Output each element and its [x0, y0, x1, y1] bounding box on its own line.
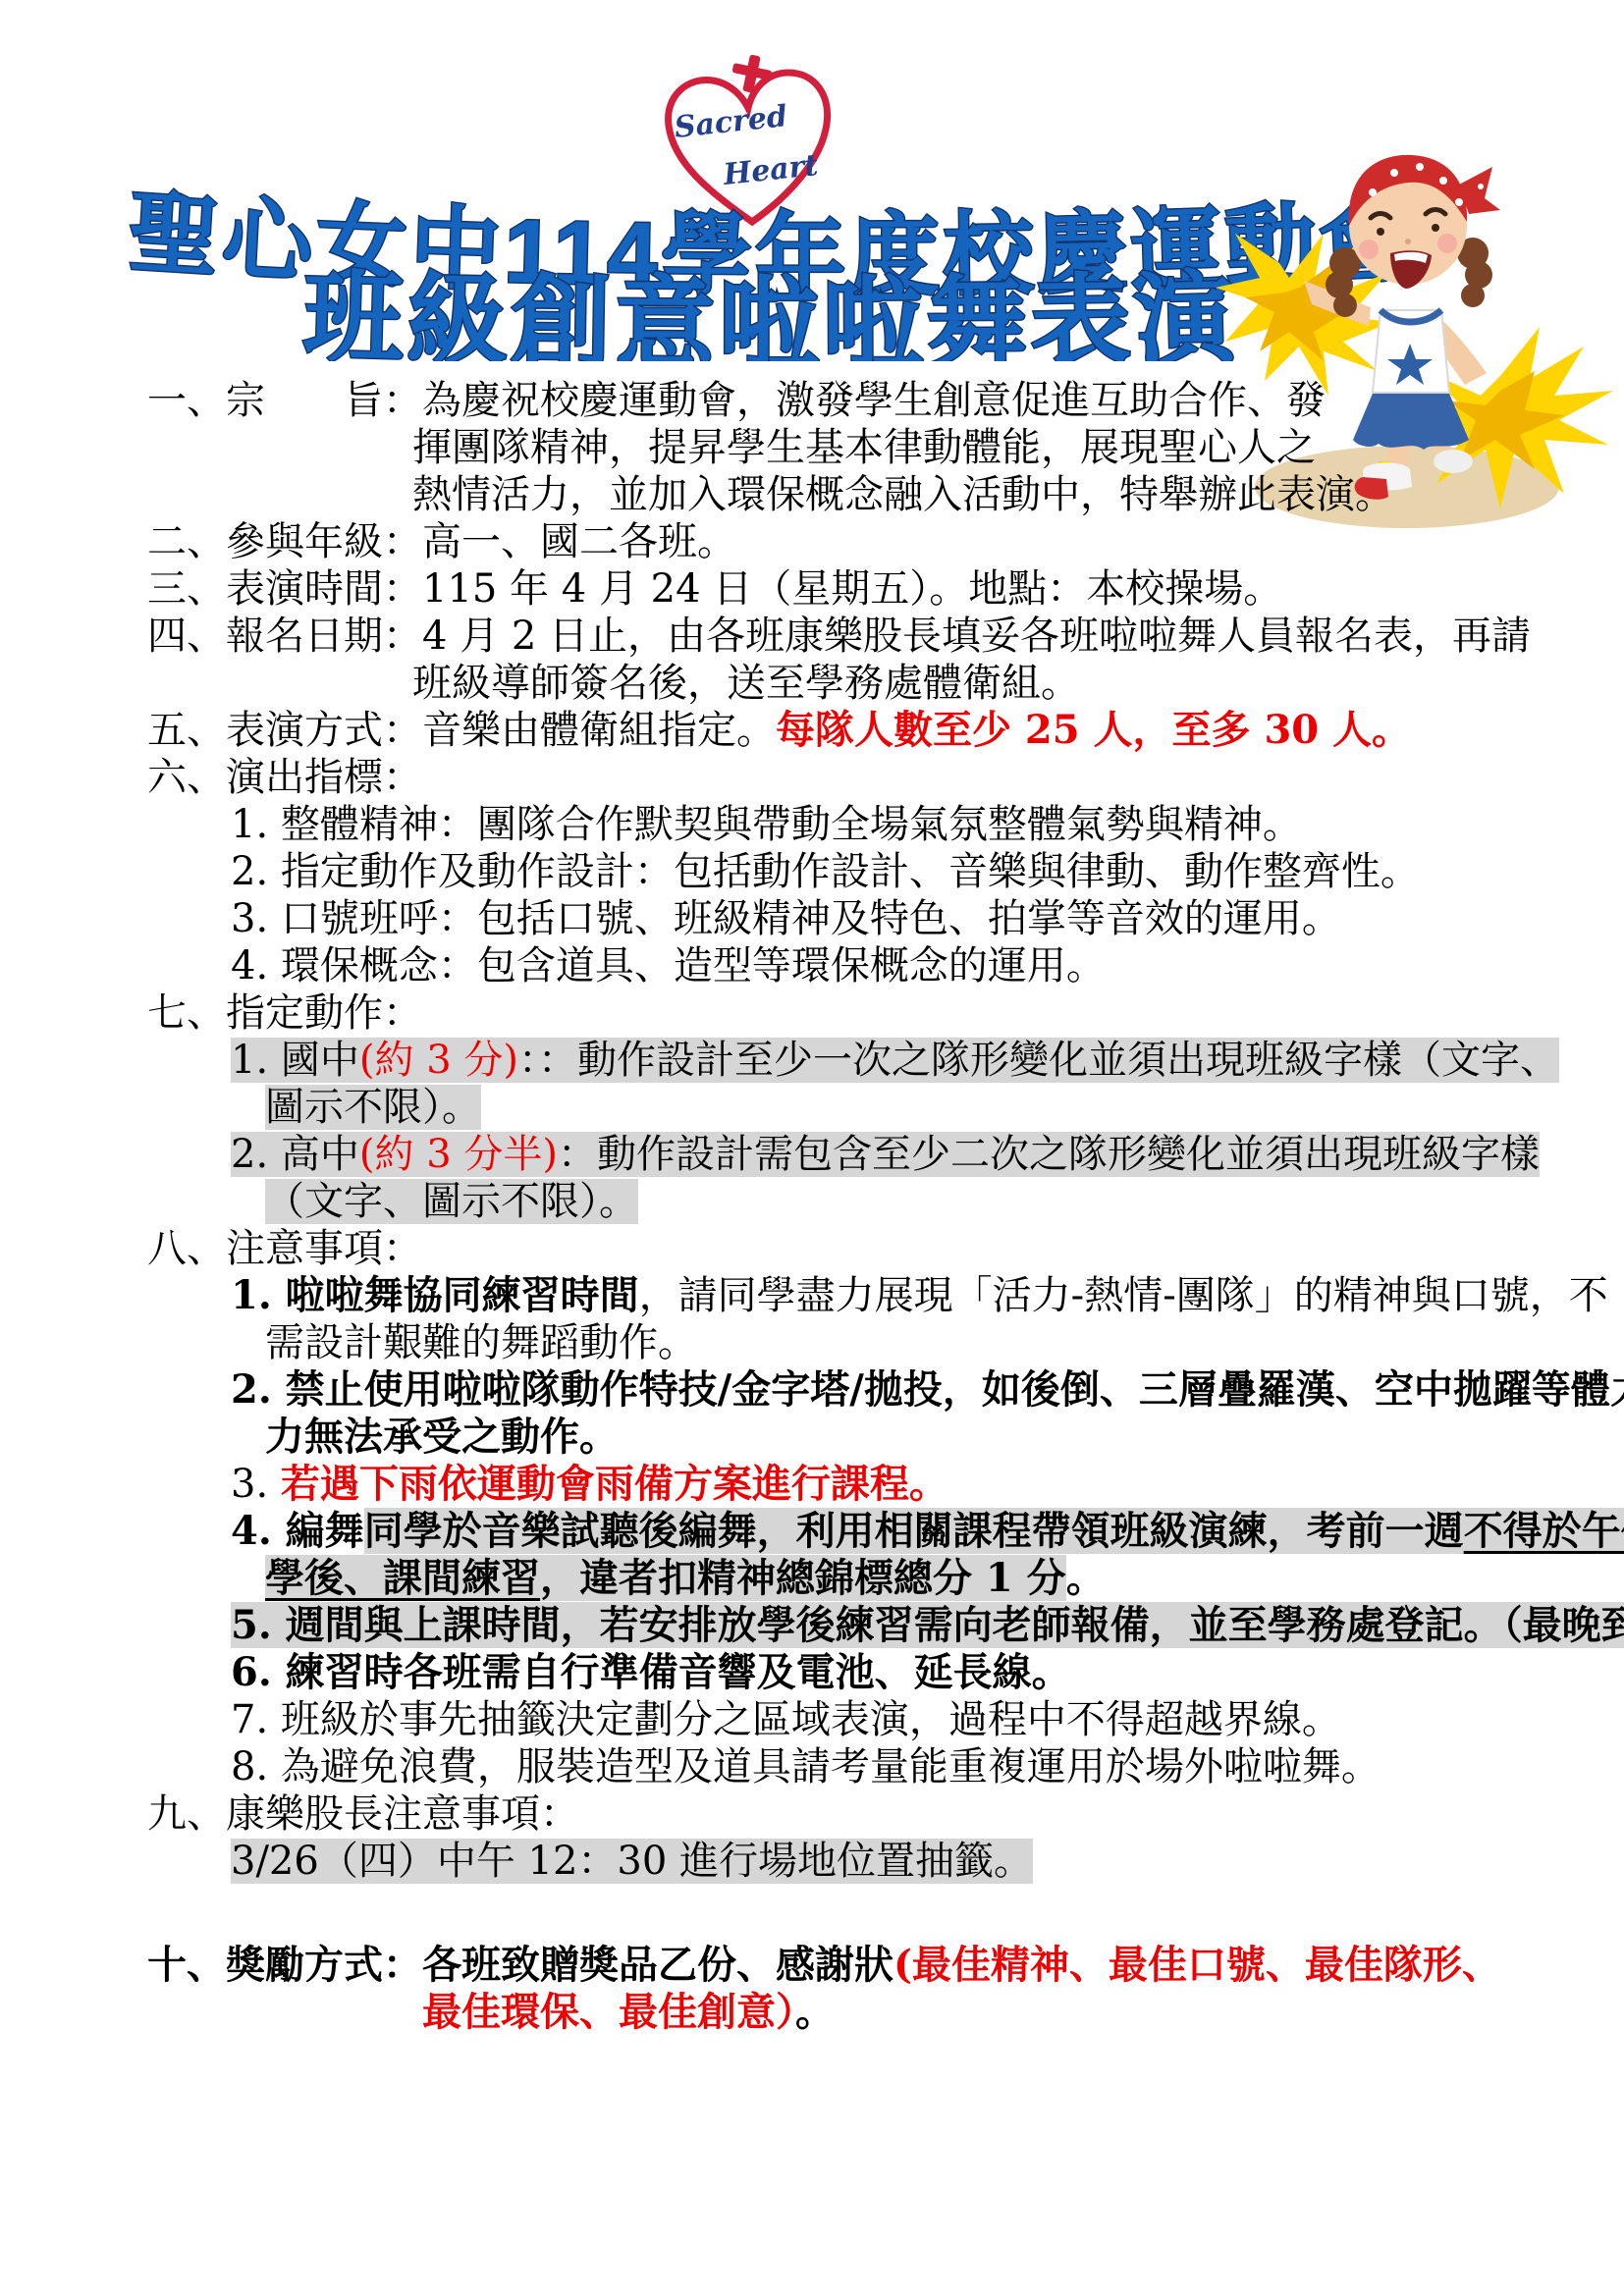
- section-1-label: 一、宗 旨：: [147, 378, 422, 423]
- team-size-note: 每隊人數至少 25 人，至多 30 人。: [776, 707, 1411, 753]
- section-10-awards: 十、獎勵方式：各班致贈獎品乙份、感謝狀(最佳精神、最佳口號、最佳隊形、: [147, 1942, 1571, 1989]
- section-8-notes: 八、注意事項：: [147, 1225, 1571, 1272]
- senior-duration: (約 3 分半): [359, 1132, 558, 1177]
- announcement-page: Sacred Heart 聖心女中114學年度校慶運動會 班級創意啦啦舞表演: [0, 0, 1624, 2296]
- award-list-part2: 最佳環保、最佳創意）: [422, 1989, 795, 2035]
- logo-cross-icon: [731, 54, 772, 92]
- section-6-criteria: 六、演出指標：: [147, 754, 1571, 801]
- lottery-schedule: 3/26（四）中午 12：30 進行場地位置抽籤。: [231, 1839, 1033, 1884]
- award-list-part1: (最佳精神、最佳口號、最佳隊形、: [893, 1942, 1501, 1988]
- title-line2: 班級創意啦啦舞表演: [301, 261, 1243, 361]
- section-1-purpose: 一、宗 旨：為慶祝校慶運動會，激發學生創意促進互助合作、發: [147, 377, 1571, 424]
- section-5-format: 五、表演方式：音樂由體衛組指定。每隊人數至少 25 人，至多 30 人。: [147, 707, 1571, 754]
- section-4-registration: 四、報名日期：4 月 2 日止，由各班康樂股長填妥各班啦啦舞人員報名表，再請: [147, 613, 1571, 660]
- section-7-required-moves: 七、指定動作：: [147, 989, 1571, 1037]
- rain-plan-note: 若遇下雨依運動會雨備方案進行課程。: [281, 1461, 948, 1507]
- document-body: 一、宗 旨：為慶祝校慶運動會，激發學生創意促進互助合作、發 揮團隊精神，提昇學生…: [147, 377, 1571, 2036]
- svg-text:班級創意啦啦舞表演: 班級創意啦啦舞表演: [301, 261, 1243, 361]
- section-2-grades: 二、參與年級：高一、國二各班。: [147, 518, 1571, 565]
- section-3-time: 三、表演時間：115 年 4 月 24 日（星期五）。地點：本校操場。: [147, 565, 1571, 613]
- section-9-officers: 九、康樂股長注意事項：: [147, 1790, 1571, 1838]
- junior-duration: (約 3 分): [359, 1038, 518, 1083]
